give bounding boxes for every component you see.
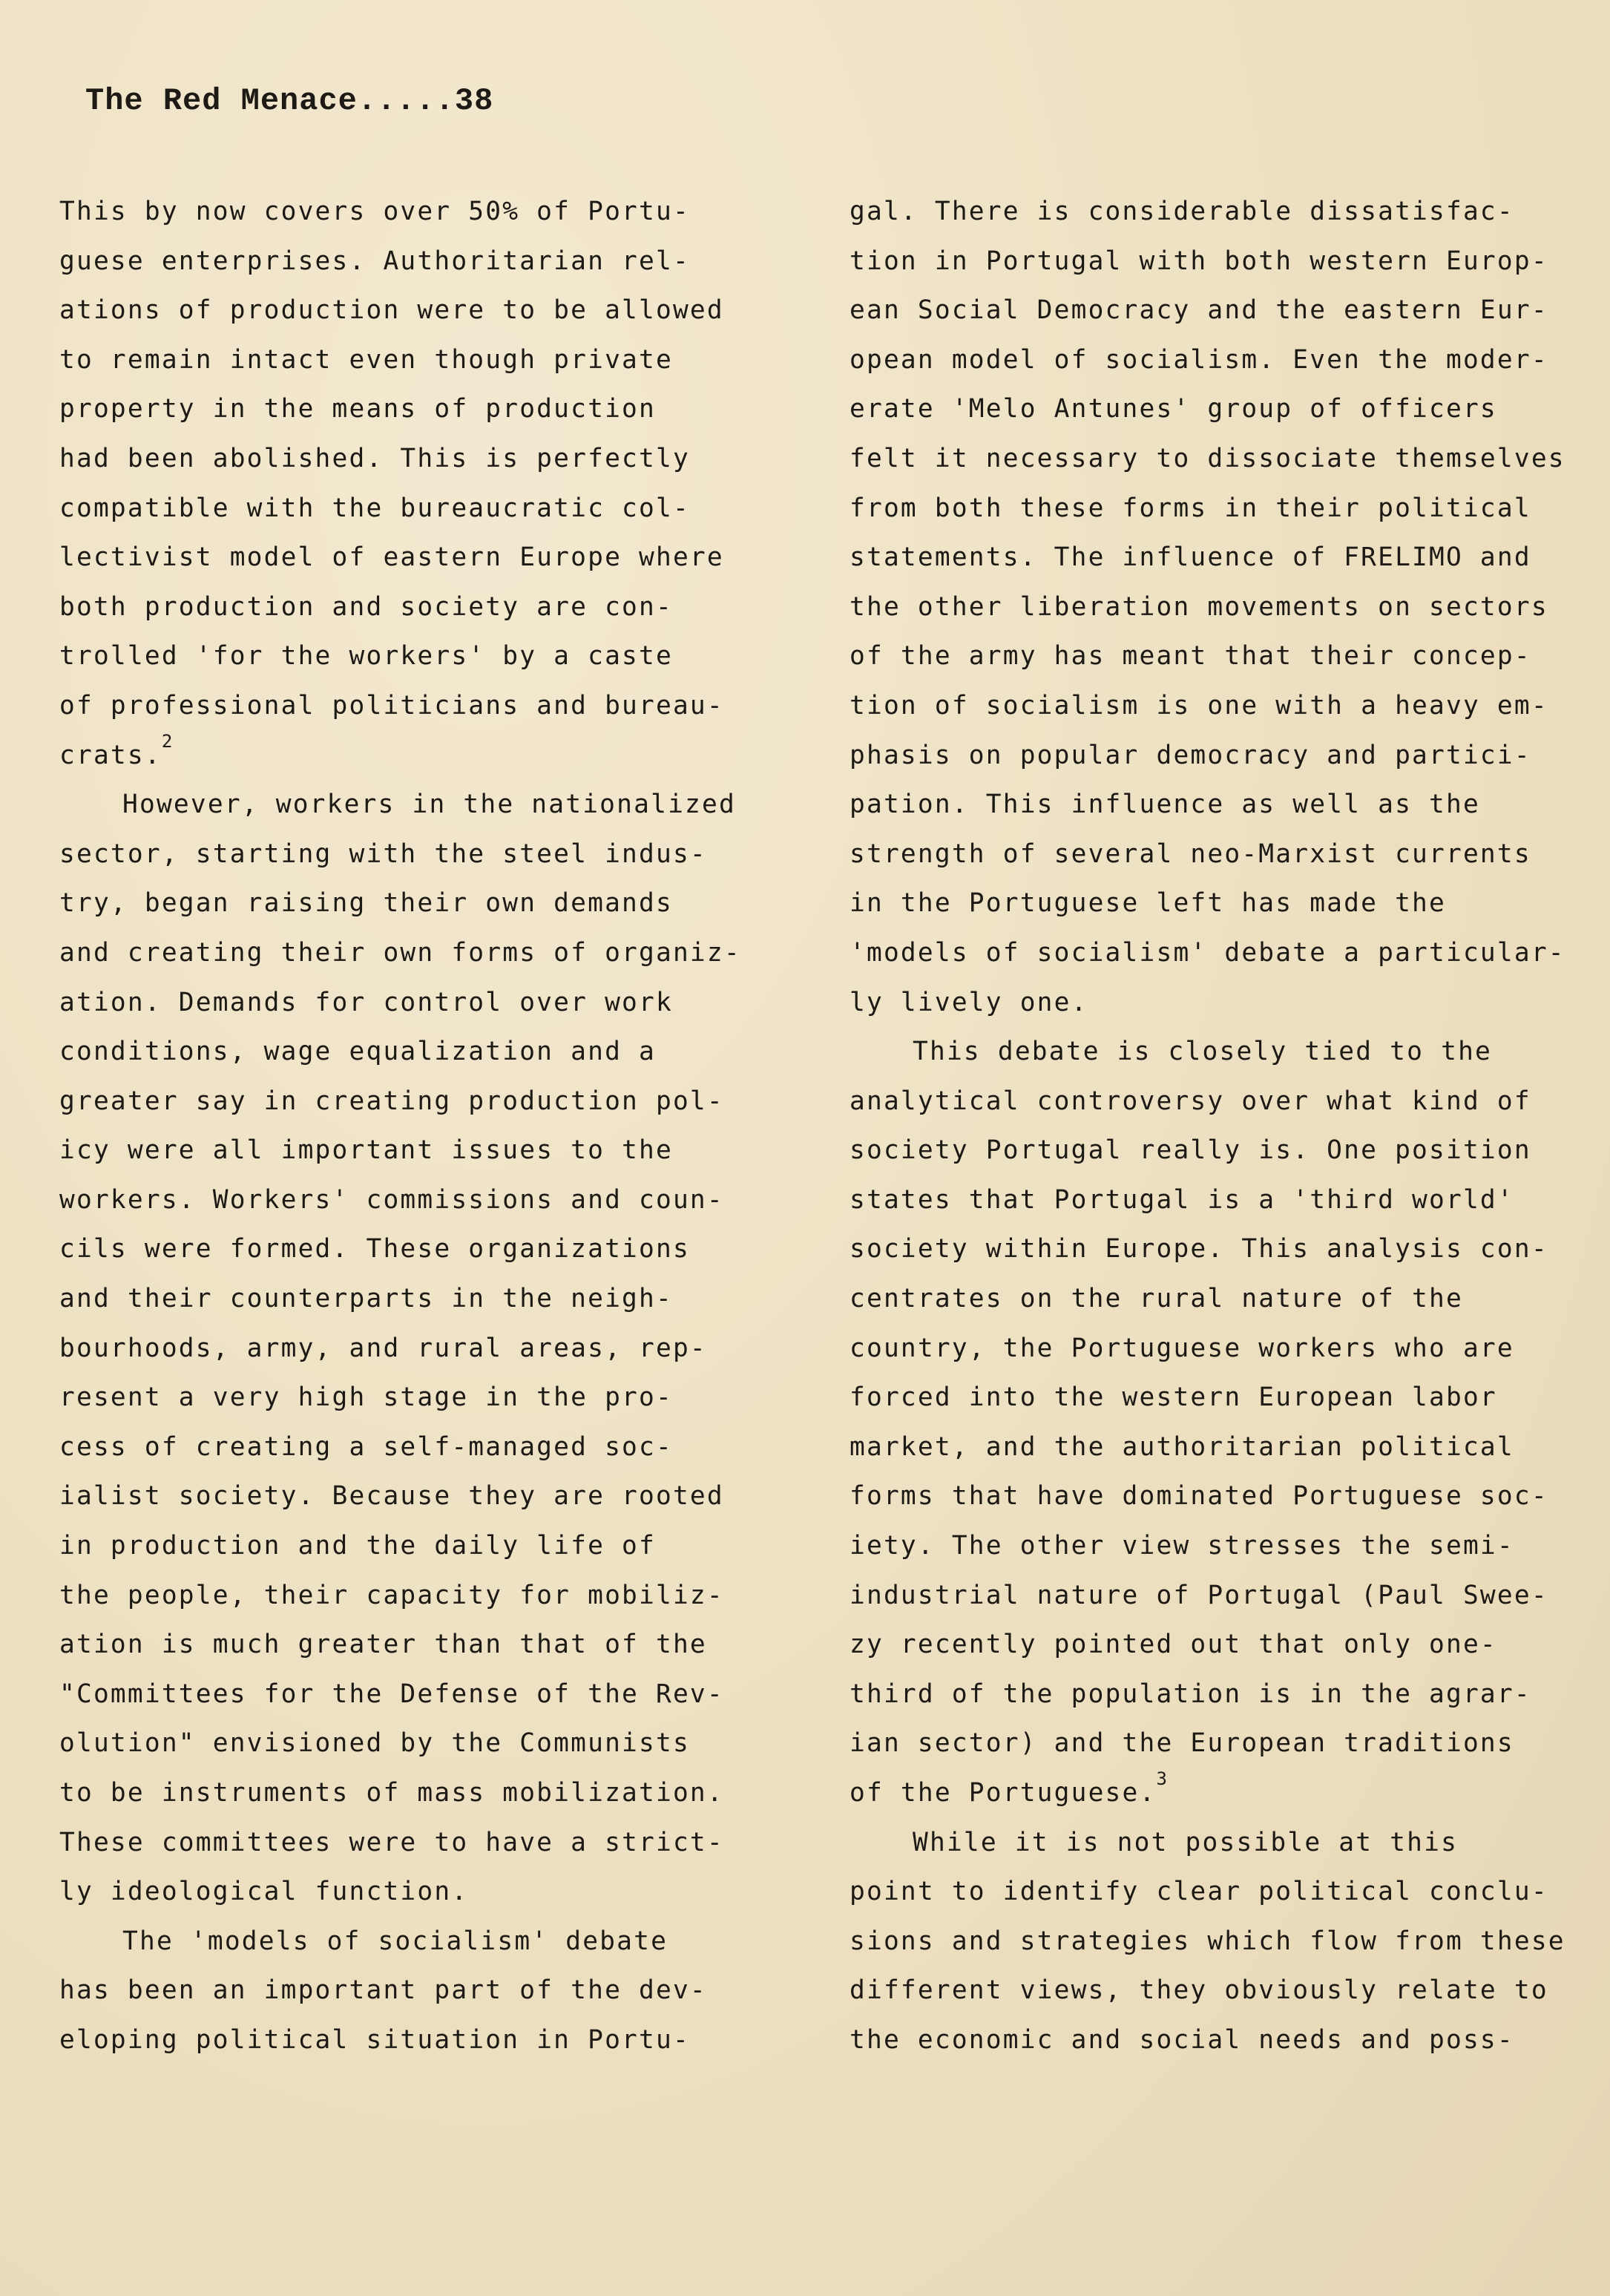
text-line: erate 'Melo Antunes' group of officers: [850, 384, 1584, 434]
line-text: workers. Workers' commissions and coun-: [59, 1185, 724, 1215]
line-text: gal. There is considerable dissatisfac-: [850, 197, 1514, 226]
line-text: "Committees for the Defense of the Rev-: [59, 1679, 724, 1709]
line-text: and their counterparts in the neigh-: [59, 1284, 673, 1313]
line-text: country, the Portuguese workers who are: [850, 1334, 1514, 1363]
text-line: society within Europe. This analysis con…: [850, 1224, 1584, 1274]
left-column: This by now covers over 50% of Portu-gue…: [59, 187, 749, 2065]
text-line: to remain intact even though private: [59, 335, 749, 385]
line-text: the other liberation movements on sector…: [850, 592, 1548, 622]
text-line: zy recently pointed out that only one-: [850, 1620, 1584, 1670]
text-line: to be instruments of mass mobilization.: [59, 1768, 749, 1818]
line-text: ation. Demands for control over work: [59, 988, 673, 1017]
line-text: strength of several neo-Marxist currents: [850, 839, 1531, 869]
line-text: crats.: [59, 741, 162, 770]
text-line: point to identify clear political conclu…: [850, 1867, 1584, 1917]
line-text: and creating their own forms of organiz-: [59, 938, 741, 968]
page-header: The Red Menace.....38: [85, 83, 493, 119]
line-text: resent a very high stage in the pro-: [59, 1382, 673, 1412]
line-text: ly ideological function.: [59, 1877, 468, 1906]
line-text: This by now covers over 50% of Portu-: [59, 197, 690, 226]
line-text: bourhoods, army, and rural areas, rep-: [59, 1334, 707, 1363]
line-text: of the army has meant that their concep-: [850, 641, 1531, 671]
text-line: industrial nature of Portugal (Paul Swee…: [850, 1571, 1584, 1621]
line-text: from both these forms in their political: [850, 493, 1531, 523]
line-text: icy were all important issues to the: [59, 1135, 673, 1165]
line-text: different views, they obviously relate t…: [850, 1975, 1548, 2005]
line-text: However, workers in the nationalized: [122, 790, 736, 819]
text-line: crats.2: [59, 731, 749, 781]
text-line: tion in Portugal with both western Europ…: [850, 237, 1584, 286]
line-text: in the Portuguese left has made the: [850, 888, 1446, 918]
line-text: The 'models of socialism' debate: [122, 1926, 668, 1956]
text-line: forced into the western European labor: [850, 1373, 1584, 1423]
line-text: This debate is closely tied to the: [913, 1037, 1492, 1066]
text-line: of professional politicians and bureau-: [59, 681, 749, 731]
text-line: eloping political situation in Portu-: [59, 2015, 749, 2065]
line-text: ations of production were to be allowed: [59, 295, 724, 325]
line-text: both production and society are con-: [59, 592, 673, 622]
text-line: conditions, wage equalization and a: [59, 1027, 749, 1077]
text-line: ly lively one.: [850, 978, 1584, 1028]
line-text: ly lively one.: [850, 988, 1088, 1017]
text-line: olution" envisioned by the Communists: [59, 1719, 749, 1768]
line-text: opean model of socialism. Even the moder…: [850, 345, 1548, 375]
line-text: point to identify clear political conclu…: [850, 1877, 1548, 1906]
text-line: centrates on the rural nature of the: [850, 1274, 1584, 1324]
text-line: country, the Portuguese workers who are: [850, 1324, 1584, 1374]
text-line: different views, they obviously relate t…: [850, 1966, 1584, 2015]
footnote-marker: 3: [1156, 1768, 1169, 1789]
line-text: These committees were to have a strict-: [59, 1828, 724, 1857]
text-line: ian sector) and the European traditions: [850, 1719, 1584, 1768]
text-line: states that Portugal is a 'third world': [850, 1175, 1584, 1225]
text-line: The 'models of socialism' debate: [59, 1917, 749, 1967]
line-text: in production and the daily life of: [59, 1531, 656, 1561]
text-line: in production and the daily life of: [59, 1521, 749, 1571]
line-text: compatible with the bureaucratic col-: [59, 493, 690, 523]
text-line: "Committees for the Defense of the Rev-: [59, 1670, 749, 1719]
line-text: eloping political situation in Portu-: [59, 2025, 690, 2055]
text-line: phasis on popular democracy and partici-: [850, 731, 1584, 781]
text-line: sions and strategies which flow from the…: [850, 1917, 1584, 1967]
text-line: While it is not possible at this: [850, 1818, 1584, 1868]
text-line: These committees were to have a strict-: [59, 1818, 749, 1868]
text-line: pation. This influence as well as the: [850, 780, 1584, 830]
right-column: gal. There is considerable dissatisfac-t…: [850, 187, 1584, 2065]
line-text: lectivist model of eastern Europe where: [59, 542, 724, 572]
text-line: property in the means of production: [59, 384, 749, 434]
text-line: third of the population is in the agrar-: [850, 1670, 1584, 1719]
line-text: society within Europe. This analysis con…: [850, 1234, 1548, 1264]
line-text: ation is much greater than that of the: [59, 1630, 707, 1659]
line-text: has been an important part of the dev-: [59, 1975, 707, 2005]
line-text: the economic and social needs and poss-: [850, 2025, 1514, 2055]
line-text: sector, starting with the steel indus-: [59, 839, 707, 869]
text-line: the economic and social needs and poss-: [850, 2015, 1584, 2065]
text-line: statements. The influence of FRELIMO and: [850, 533, 1584, 583]
text-line: icy were all important issues to the: [59, 1126, 749, 1175]
line-text: cess of creating a self-managed soc-: [59, 1432, 673, 1462]
line-text: tion in Portugal with both western Europ…: [850, 246, 1548, 276]
text-line: market, and the authoritarian political: [850, 1423, 1584, 1472]
line-text: guese enterprises. Authoritarian rel-: [59, 246, 690, 276]
line-text: of the Portuguese.: [850, 1778, 1156, 1808]
text-line: has been an important part of the dev-: [59, 1966, 749, 2015]
text-line: the people, their capacity for mobiliz-: [59, 1571, 749, 1621]
text-line: resent a very high stage in the pro-: [59, 1373, 749, 1423]
text-line: forms that have dominated Portuguese soc…: [850, 1472, 1584, 1521]
text-line: This by now covers over 50% of Portu-: [59, 187, 749, 237]
line-text: ialist society. Because they are rooted: [59, 1481, 724, 1511]
text-line: ialist society. Because they are rooted: [59, 1472, 749, 1521]
text-line: of the army has meant that their concep-: [850, 632, 1584, 681]
text-line: workers. Workers' commissions and coun-: [59, 1175, 749, 1225]
text-line: cess of creating a self-managed soc-: [59, 1423, 749, 1472]
line-text: trolled 'for the workers' by a caste: [59, 641, 673, 671]
text-line: ly ideological function.: [59, 1867, 749, 1917]
text-line: and creating their own forms of organiz-: [59, 928, 749, 978]
line-text: tion of socialism is one with a heavy em…: [850, 691, 1548, 721]
line-text: While it is not possible at this: [913, 1828, 1458, 1857]
line-text: property in the means of production: [59, 394, 656, 424]
text-line: ation. Demands for control over work: [59, 978, 749, 1028]
line-text: pation. This influence as well as the: [850, 790, 1480, 819]
line-text: to be instruments of mass mobilization.: [59, 1778, 724, 1808]
line-text: forced into the western European labor: [850, 1382, 1497, 1412]
line-text: cils were formed. These organizations: [59, 1234, 690, 1264]
line-text: try, began raising their own demands: [59, 888, 673, 918]
line-text: to remain intact even though private: [59, 345, 673, 375]
text-line: ations of production were to be allowed: [59, 286, 749, 335]
line-text: phasis on popular democracy and partici-: [850, 741, 1531, 770]
line-text: market, and the authoritarian political: [850, 1432, 1514, 1462]
text-line: cils were formed. These organizations: [59, 1224, 749, 1274]
line-text: zy recently pointed out that only one-: [850, 1630, 1497, 1659]
line-text: ean Social Democracy and the eastern Eur…: [850, 295, 1548, 325]
text-line: both production and society are con-: [59, 583, 749, 632]
line-text: states that Portugal is a 'third world': [850, 1185, 1514, 1215]
text-line: tion of socialism is one with a heavy em…: [850, 681, 1584, 731]
text-line: 'models of socialism' debate a particula…: [850, 928, 1584, 978]
text-line: greater say in creating production pol-: [59, 1077, 749, 1126]
text-line: This debate is closely tied to the: [850, 1027, 1584, 1077]
line-text: statements. The influence of FRELIMO and: [850, 542, 1531, 572]
line-text: conditions, wage equalization and a: [59, 1037, 656, 1066]
line-text: iety. The other view stresses the semi-: [850, 1531, 1514, 1561]
line-text: analytical controversy over what kind of: [850, 1086, 1531, 1116]
text-line: the other liberation movements on sector…: [850, 583, 1584, 632]
text-line: lectivist model of eastern Europe where: [59, 533, 749, 583]
line-text: forms that have dominated Portuguese soc…: [850, 1481, 1548, 1511]
text-line: had been abolished. This is perfectly: [59, 434, 749, 484]
line-text: greater say in creating production pol-: [59, 1086, 724, 1116]
line-text: had been abolished. This is perfectly: [59, 444, 690, 473]
line-text: society Portugal really is. One position: [850, 1135, 1531, 1165]
text-line: bourhoods, army, and rural areas, rep-: [59, 1324, 749, 1374]
text-line: felt it necessary to dissociate themselv…: [850, 434, 1584, 484]
line-text: centrates on the rural nature of the: [850, 1284, 1463, 1313]
footnote-marker: 2: [162, 731, 174, 752]
text-line: and their counterparts in the neigh-: [59, 1274, 749, 1324]
text-line: society Portugal really is. One position: [850, 1126, 1584, 1175]
line-text: industrial nature of Portugal (Paul Swee…: [850, 1581, 1548, 1610]
text-line: strength of several neo-Marxist currents: [850, 830, 1584, 879]
text-line: opean model of socialism. Even the moder…: [850, 335, 1584, 385]
text-line: analytical controversy over what kind of: [850, 1077, 1584, 1126]
text-line: iety. The other view stresses the semi-: [850, 1521, 1584, 1571]
line-text: third of the population is in the agrar-: [850, 1679, 1531, 1709]
line-text: 'models of socialism' debate a particula…: [850, 938, 1565, 968]
text-line: However, workers in the nationalized: [59, 780, 749, 830]
text-line: trolled 'for the workers' by a caste: [59, 632, 749, 681]
text-line: in the Portuguese left has made the: [850, 879, 1584, 928]
text-line: from both these forms in their political: [850, 484, 1584, 534]
text-line: compatible with the bureaucratic col-: [59, 484, 749, 534]
line-text: of professional politicians and bureau-: [59, 691, 724, 721]
text-line: try, began raising their own demands: [59, 879, 749, 928]
line-text: olution" envisioned by the Communists: [59, 1728, 690, 1758]
text-line: of the Portuguese.3: [850, 1768, 1584, 1818]
line-text: erate 'Melo Antunes' group of officers: [850, 394, 1497, 424]
line-text: sions and strategies which flow from the…: [850, 1926, 1565, 1956]
text-line: ean Social Democracy and the eastern Eur…: [850, 286, 1584, 335]
line-text: felt it necessary to dissociate themselv…: [850, 444, 1565, 473]
line-text: the people, their capacity for mobiliz-: [59, 1581, 724, 1610]
line-text: ian sector) and the European traditions: [850, 1728, 1514, 1758]
text-line: guese enterprises. Authoritarian rel-: [59, 237, 749, 286]
text-line: gal. There is considerable dissatisfac-: [850, 187, 1584, 237]
text-line: ation is much greater than that of the: [59, 1620, 749, 1670]
text-line: sector, starting with the steel indus-: [59, 830, 749, 879]
